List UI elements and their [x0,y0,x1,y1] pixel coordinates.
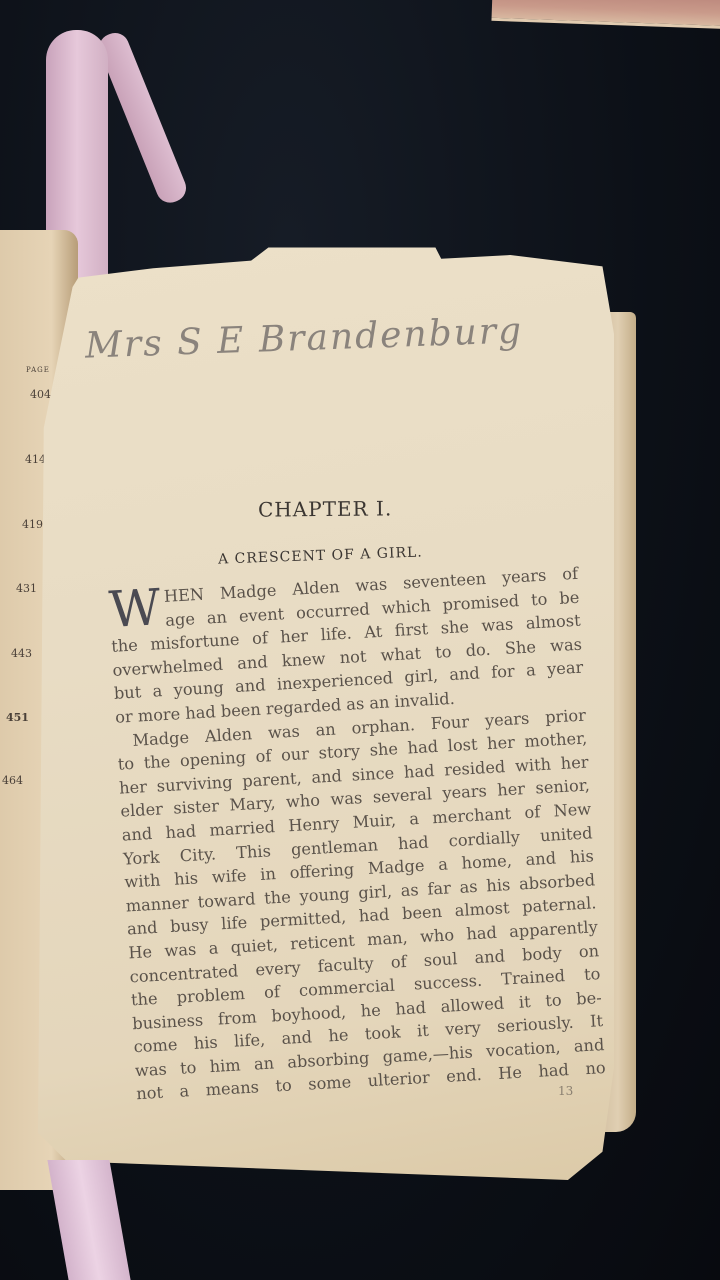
toc-number: 443 [11,647,32,660]
page-folio-number: 13 [558,1084,573,1098]
toc-number: 464 [2,774,23,787]
toc-page-label: PAGE [26,366,50,374]
body-text: W HEN Madge Alden was seventeen years of… [108,562,606,1106]
chapter-title: CHAPTER I. [258,496,392,521]
toc-number: 414 [25,453,46,466]
toc-number: 451 [6,711,29,724]
drop-cap: W [108,585,162,632]
toc-number: 431 [16,582,37,595]
toc-number: 404 [30,388,51,401]
toc-number: 419 [22,518,43,531]
